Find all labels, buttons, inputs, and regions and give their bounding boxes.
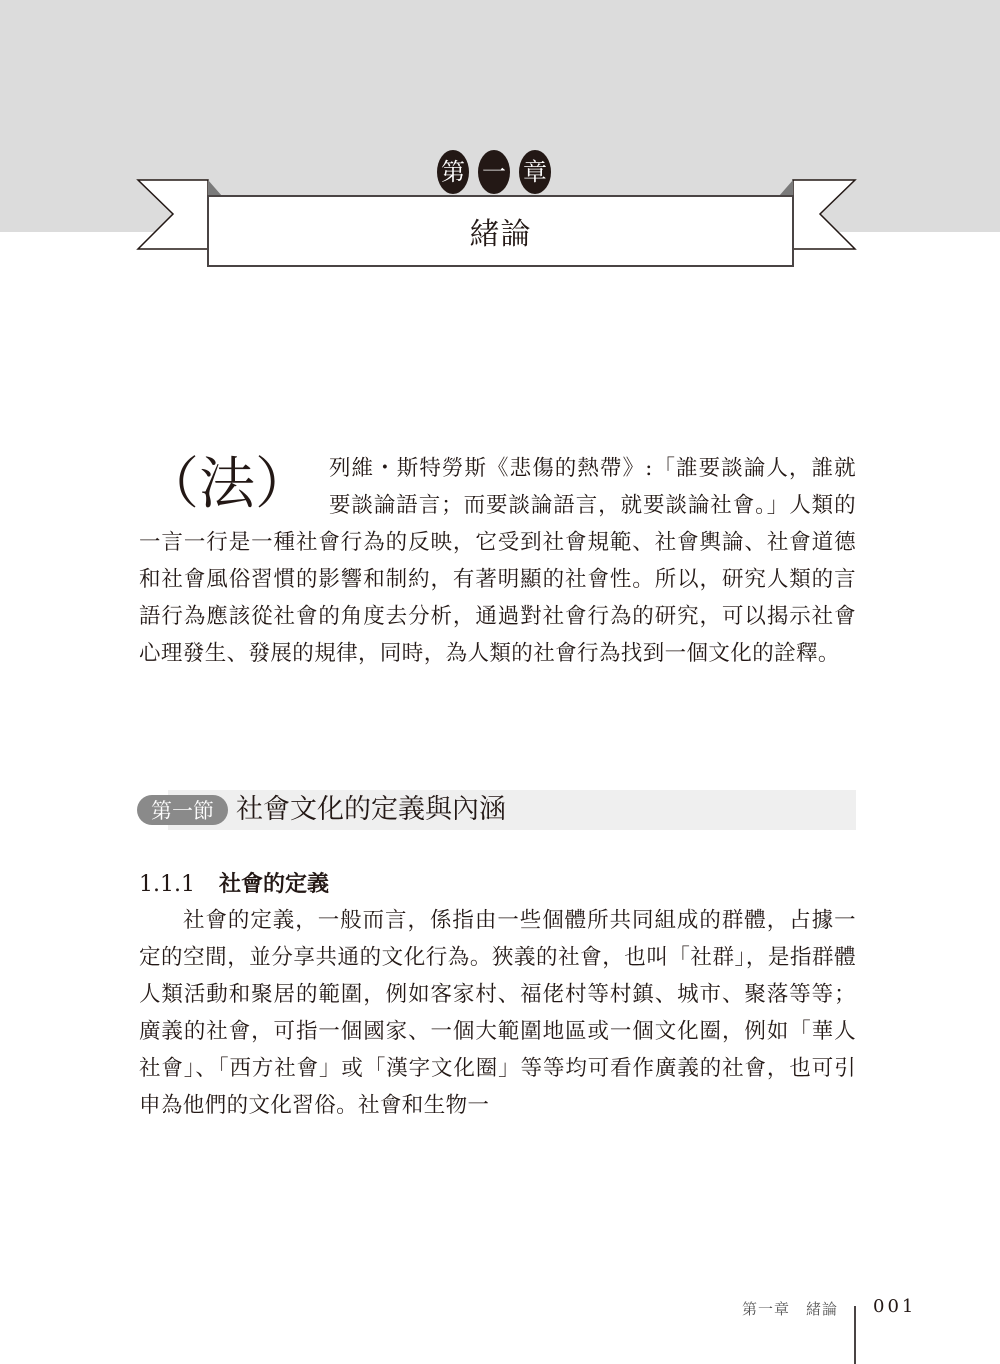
chapter-number-badges: 第 一 章 xyxy=(437,150,551,194)
chapter-badge: 第 xyxy=(437,150,469,194)
chapter-title: 緒論 xyxy=(208,196,793,266)
section-label-pill: 第一節 xyxy=(137,795,228,825)
section-title: 社會文化的定義與內涵 xyxy=(236,790,506,830)
body-paragraph: 社會的定義，一般而言，係指由一些個體所共同組成的群體，占據一定的空間，並分享共通… xyxy=(139,902,856,1124)
dropcap: （法） xyxy=(143,452,311,518)
subsection-number: 1.1.1 xyxy=(139,867,219,903)
subsection-title: 社會的定義 xyxy=(219,871,329,897)
intro-paragraph: （法） 列維・斯特勞斯《悲傷的熱帶》:「誰要談論人，誰就要談論語言；而要談論語言… xyxy=(139,450,856,672)
footer-divider xyxy=(854,1306,856,1364)
chapter-badge: 一 xyxy=(478,150,510,194)
chapter-badge: 章 xyxy=(519,150,551,194)
subsection-heading: 1.1.1社會的定義 xyxy=(139,866,329,903)
running-head: 第一章 緒論 xyxy=(742,1298,838,1319)
page-footer: 第一章 緒論 001 xyxy=(0,1296,1000,1364)
page-number: 001 xyxy=(873,1296,916,1317)
